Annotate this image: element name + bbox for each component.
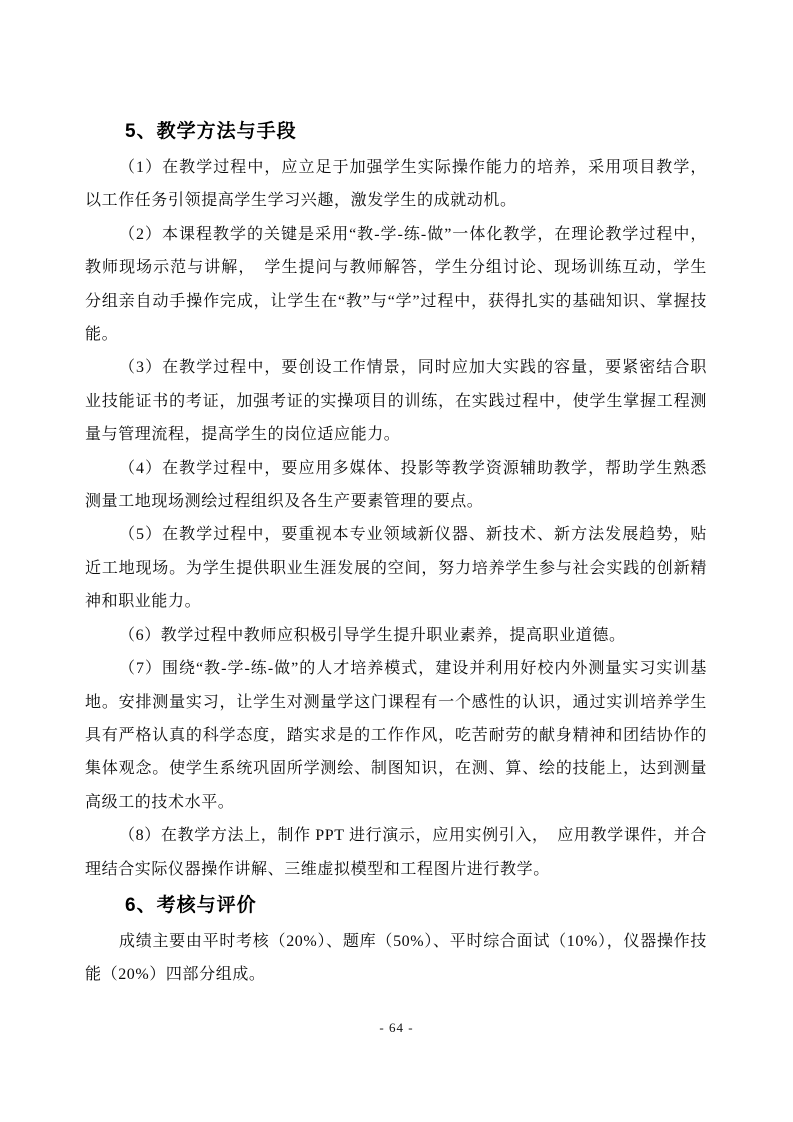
document-content: 5、教学方法与手段 （1）在教学过程中，应立足于加强学生实际操作能力的培养，采用… bbox=[85, 112, 707, 992]
document-page: 5、教学方法与手段 （1）在教学过程中，应立足于加强学生实际操作能力的培养，采用… bbox=[0, 0, 793, 1122]
paragraph-2: （2）本课程教学的关键是采用“教-学-练-做”一体化教学，在理论教学过程中，教师… bbox=[85, 218, 707, 352]
paragraph-3: （3）在教学过程中，要创设工作情景，同时应加大实践的容量，要紧密结合职业技能证书… bbox=[85, 351, 707, 451]
paragraph-8: （8）在教学方法上，制作 PPT 进行演示，应用实例引入， 应用教学课件，并合理… bbox=[85, 819, 707, 886]
paragraph-1: （1）在教学过程中，应立足于加强学生实际操作能力的培养，采用项目教学，以工作任务… bbox=[85, 151, 707, 218]
paragraph-4: （4）在教学过程中，要应用多媒体、投影等教学资源辅助教学，帮助学生熟悉测量工地现… bbox=[85, 452, 707, 519]
paragraph-5: （5）在教学过程中，要重视本专业领域新仪器、新技术、新方法发展趋势，贴近工地现场… bbox=[85, 518, 707, 618]
paragraph-9: 成绩主要由平时考核（20%）、题库（50%）、平时综合面试（10%），仪器操作技… bbox=[85, 925, 707, 992]
section-heading-teaching-methods: 5、教学方法与手段 bbox=[85, 112, 707, 151]
page-number: - 64 - bbox=[0, 1020, 793, 1036]
section-heading-assessment-evaluation: 6、考核与评价 bbox=[85, 886, 707, 925]
paragraph-7: （7）围绕“教-学-练-做”的人才培养模式，建设并利用好校内外测量实习实训基地。… bbox=[85, 652, 707, 819]
paragraph-6: （6）教学过程中教师应积极引导学生提升职业素养，提高职业道德。 bbox=[85, 619, 707, 652]
